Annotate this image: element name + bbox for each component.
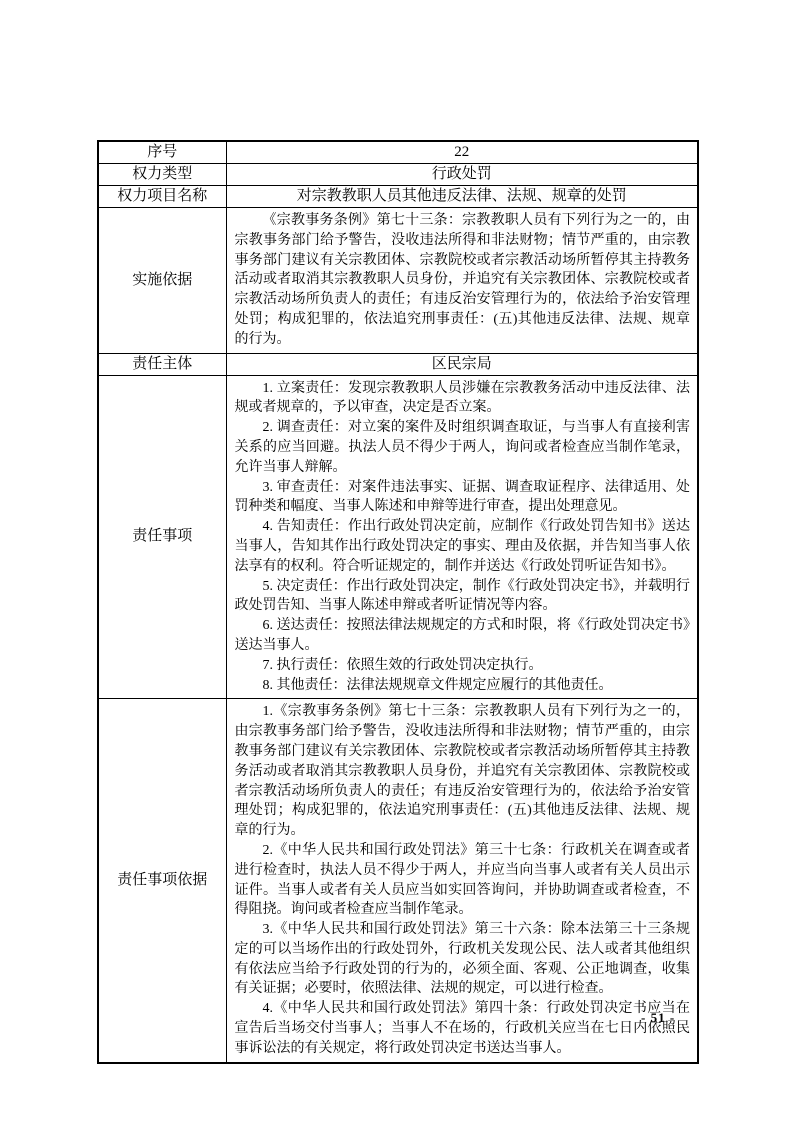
row-value-responsibility-subject: 区民宗局: [226, 353, 698, 375]
table-row-implementation-basis: 实施依据 《宗教事务条例》第七十三条：宗教教职人员有下列行为之一的，由宗教事务部…: [98, 208, 698, 354]
row-value-responsibility-items: 1. 立案责任：发现宗教教职人员涉嫌在宗教教务活动中违反法律、法规或者规章的，予…: [226, 375, 698, 699]
row-value-implementation-basis: 《宗教事务条例》第七十三条：宗教教职人员有下列行为之一的，由宗教事务部门给予警告…: [226, 208, 698, 354]
paragraph: 2.《中华人民共和国行政处罚法》第三十七条：行政机关在调查或者进行检查时，执法人…: [235, 841, 691, 920]
paragraph: 3.《中华人民共和国行政处罚法》第三十六条：除本法第三十三条规定的可以当场作出的…: [235, 920, 691, 999]
row-label-responsibility-items: 责任事项: [98, 375, 226, 699]
paragraph: 8. 其他责任：法律法规规章文件规定应履行的其他责任。: [235, 676, 691, 696]
paragraph: 4. 告知责任：作出行政处罚决定前，应制作《行政处罚告知书》送达当事人，告知其作…: [235, 517, 691, 576]
row-label-responsibility-subject: 责任主体: [98, 353, 226, 375]
table-row-responsibility-items-basis: 责任事项依据 1.《宗教事务条例》第七十三条：宗教教职人员有下列行为之一的，由宗…: [98, 699, 698, 1063]
row-label-implementation-basis: 实施依据: [98, 208, 226, 354]
paragraph: 7. 执行责任：依照生效的行政处罚决定执行。: [235, 656, 691, 676]
paragraph: 4.《中华人民共和国行政处罚法》第四十条：行政处罚决定书应当在宣告后当场交付当事…: [235, 999, 691, 1058]
paragraph: 6. 送达责任：按照法律法规规定的方式和时限，将《行政处罚决定书》送达当事人。: [235, 616, 691, 656]
paragraph: 《宗教事务条例》第七十三条：宗教教职人员有下列行为之一的，由宗教事务部门给予警告…: [235, 211, 691, 350]
row-value-power-type: 行政处罚: [226, 164, 698, 186]
table-row-responsibility-items: 责任事项 1. 立案责任：发现宗教教职人员涉嫌在宗教教务活动中违反法律、法规或者…: [98, 375, 698, 699]
row-label-power-item-name: 权力项目名称: [98, 186, 226, 208]
table-row-serial-number: 序号 22: [98, 141, 698, 164]
page-number: - 51 -: [641, 1010, 675, 1026]
paragraph: 1. 立案责任：发现宗教教职人员涉嫌在宗教教务活动中违反法律、法规或者规章的，予…: [235, 379, 691, 419]
row-value-serial-number: 22: [226, 141, 698, 164]
power-duty-table: 序号 22 权力类型 行政处罚 权力项目名称 对宗教教职人员其他违反法律、法规、…: [97, 140, 699, 1064]
paragraph: 2. 调查责任：对立案的案件及时组织调查取证，与当事人有直接利害关系的应当回避。…: [235, 418, 691, 477]
paragraph: 5. 决定责任：作出行政处罚决定，制作《行政处罚决定书》，并载明行政处罚告知、当…: [235, 577, 691, 617]
row-value-power-item-name: 对宗教教职人员其他违反法律、法规、规章的处罚: [226, 186, 698, 208]
paragraph: 3. 审查责任：对案件违法事实、证据、调查取证程序、法律适用、处罚种类和幅度、当…: [235, 478, 691, 518]
paragraph: 1.《宗教事务条例》第七十三条：宗教教职人员有下列行为之一的，由宗教事务部门给予…: [235, 702, 691, 841]
table-row-power-type: 权力类型 行政处罚: [98, 164, 698, 186]
document-page: 序号 22 权力类型 行政处罚 权力项目名称 对宗教教职人员其他违反法律、法规、…: [0, 0, 793, 1122]
row-label-serial-number: 序号: [98, 141, 226, 164]
table-row-power-item-name: 权力项目名称 对宗教教职人员其他违反法律、法规、规章的处罚: [98, 186, 698, 208]
row-label-power-type: 权力类型: [98, 164, 226, 186]
row-label-responsibility-items-basis: 责任事项依据: [98, 699, 226, 1063]
row-value-responsibility-items-basis: 1.《宗教事务条例》第七十三条：宗教教职人员有下列行为之一的，由宗教事务部门给予…: [226, 699, 698, 1063]
table-row-responsibility-subject: 责任主体 区民宗局: [98, 353, 698, 375]
